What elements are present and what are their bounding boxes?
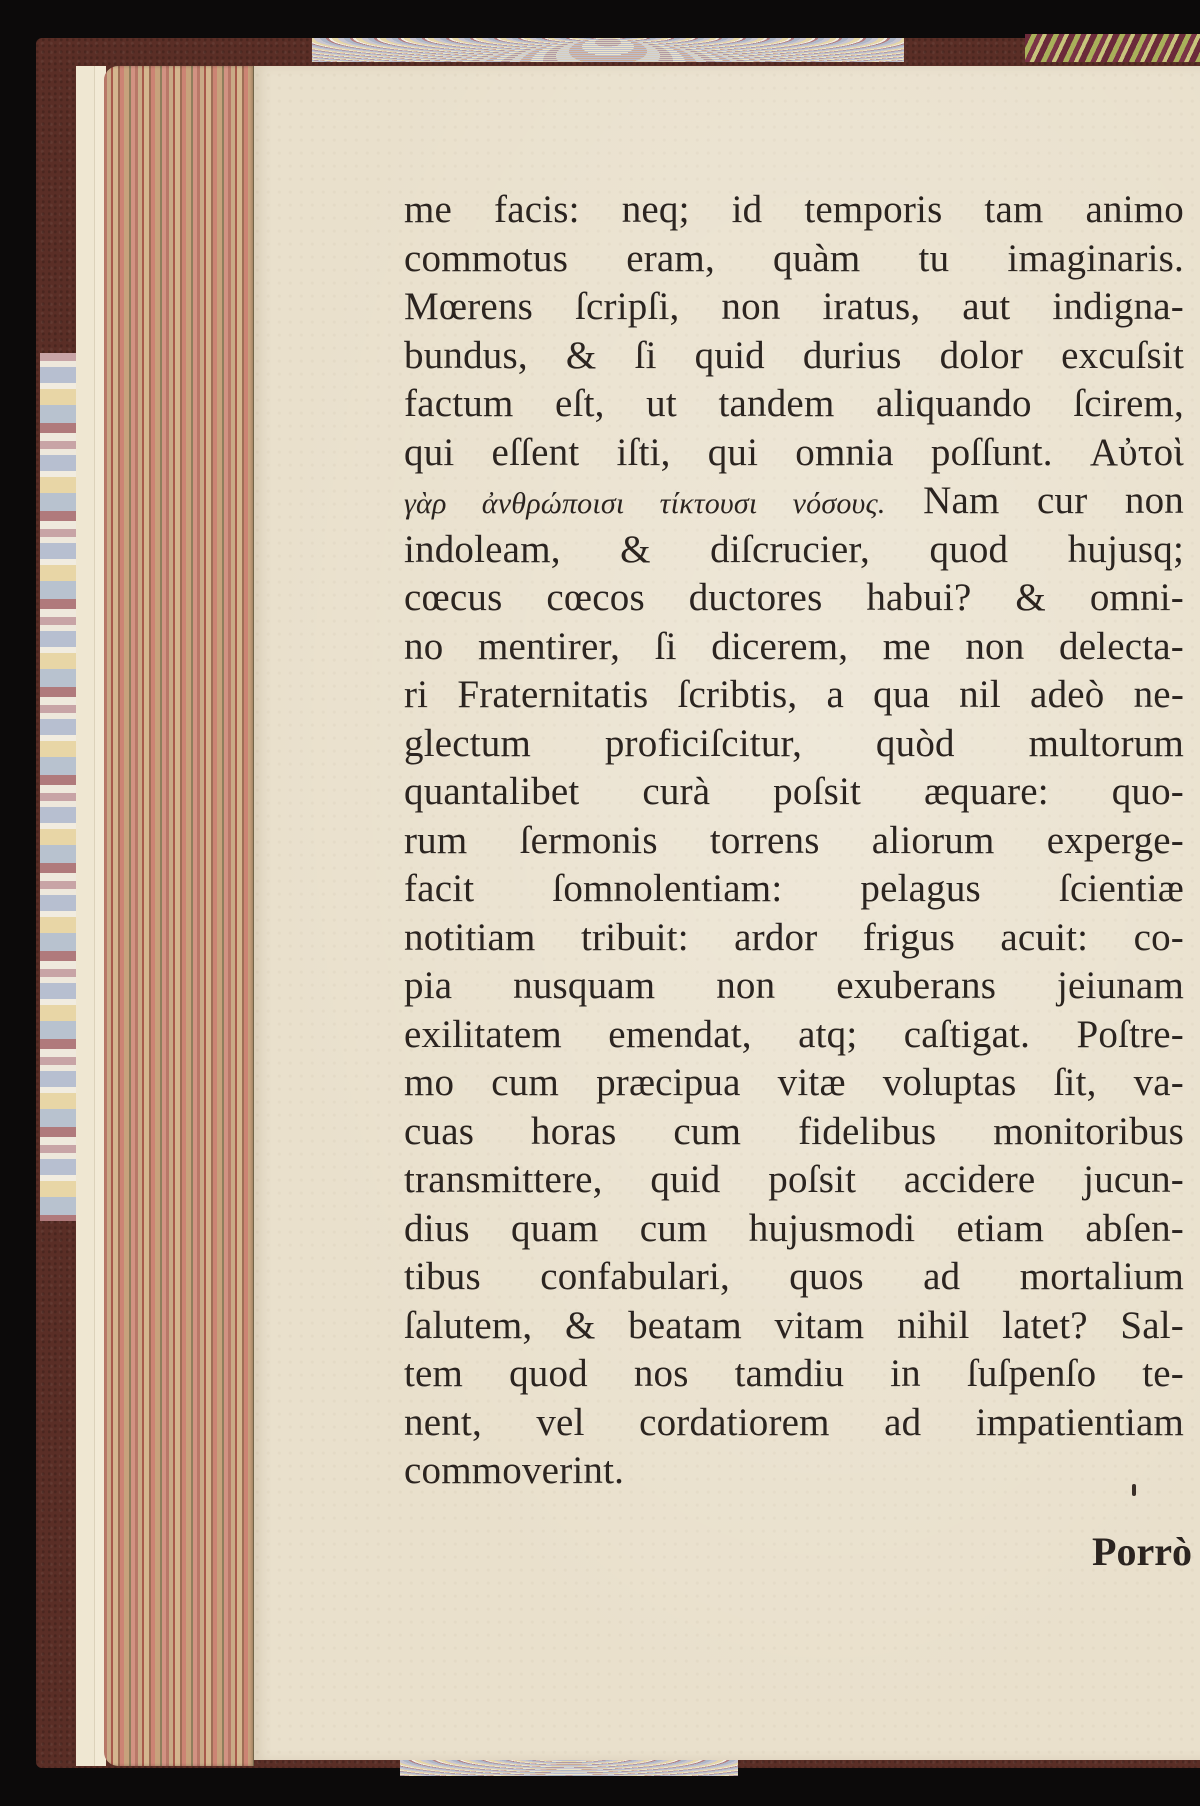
sprinkled-fore-edge xyxy=(104,66,254,1766)
text-line: bundus, & ſi quid durius dolor excuſsit xyxy=(404,332,1184,381)
text-line: glectum proficiſcitur, quòd multorum xyxy=(404,720,1184,769)
text-line: notitiam tribuit: ardor frigus acuit: co… xyxy=(404,914,1184,963)
text-line: commotus eram, quàm tu imaginaris. xyxy=(404,235,1184,284)
text-line: nent, vel cordatiorem ad impatientiam xyxy=(404,1399,1184,1448)
blank-leaves xyxy=(76,66,106,1766)
text-line: exilitatem emendat, atq; caſtigat. Poſtr… xyxy=(404,1011,1184,1060)
catchword: Porrò xyxy=(1092,1528,1192,1575)
marbled-endpaper-bottom xyxy=(400,1758,738,1776)
text-line-greek: γὰρ ἀνθρώποισι τίκτουσι νόσους. Nam cur … xyxy=(404,477,1184,526)
text-line: mo cum præcipua vitæ voluptas ſit, va- xyxy=(404,1059,1184,1108)
text-line: pia nusquam non exuberans jeiunam xyxy=(404,962,1184,1011)
text-line: tem quod nos tamdiu in ſuſpenſo te- xyxy=(404,1350,1184,1399)
headband xyxy=(1025,34,1200,62)
marbled-endpaper-top xyxy=(312,38,904,62)
text-block: me facis: neq; id temporis tam animo com… xyxy=(404,186,1200,1496)
text-line-final: commoverint. xyxy=(404,1447,1184,1496)
text-line: me facis: neq; id temporis tam animo xyxy=(404,186,1184,235)
text-line: rum ſermonis torrens aliorum experge- xyxy=(404,817,1184,866)
greek-quotation: γὰρ ἀνθρώποισι τίκτουσι νόσους. xyxy=(404,487,886,520)
text-line: Mœrens ſcripſi, non iratus, aut indigna- xyxy=(404,283,1184,332)
text-line: ſalutem, & beatam vitam nihil latet? Sal… xyxy=(404,1302,1184,1351)
marbled-endpaper-left xyxy=(40,353,80,1221)
text-line: quantalibet curà poſsit æquare: quo- xyxy=(404,768,1184,817)
text-line: no mentirer, ſi dicerem, me non delecta- xyxy=(404,623,1184,672)
text-fragment: Nam cur non xyxy=(923,479,1184,522)
ink-mark xyxy=(1132,1484,1136,1496)
text-line: cuas horas cum fidelibus monitoribus xyxy=(404,1108,1184,1157)
text-line: indoleam, & diſcrucier, quod hujusq; xyxy=(404,526,1184,575)
text-line: transmittere, quid poſsit accidere jucun… xyxy=(404,1156,1184,1205)
text-line: ri Fraternitatis ſcribtis, a qua nil ade… xyxy=(404,671,1184,720)
text-line: facit ſomnolentiam: pelagus ſcientiæ xyxy=(404,865,1184,914)
text-line: cœcus cœcos ductores habui? & omni- xyxy=(404,574,1184,623)
text-line: factum eſt, ut tandem aliquando ſcirem, xyxy=(404,380,1184,429)
text-line: qui eſſent iſti, qui omnia poſſunt. Αὐτο… xyxy=(404,429,1184,478)
text-line: dius quam cum hujusmodi etiam abſen- xyxy=(404,1205,1184,1254)
text-line: tibus confabulari, quos ad mortalium xyxy=(404,1253,1184,1302)
book-page: me facis: neq; id temporis tam animo com… xyxy=(254,66,1200,1760)
